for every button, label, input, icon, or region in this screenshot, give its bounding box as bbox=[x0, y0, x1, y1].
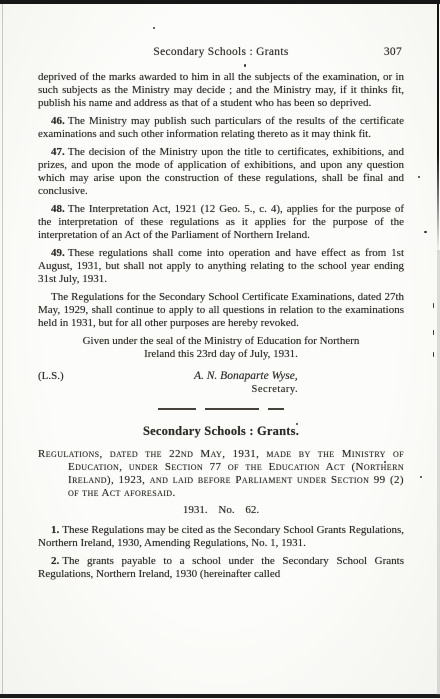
regulation-paragraph-48: 48.The Interpretation Act, 1921 (12 Geo.… bbox=[38, 203, 404, 242]
amending-paragraph-2: 2.The grants payable to a school under t… bbox=[38, 555, 404, 581]
regulation-paragraph-47: 47.The decision of the Ministry upon the… bbox=[38, 146, 404, 198]
divider-segment bbox=[205, 408, 259, 410]
section-divider bbox=[38, 408, 404, 410]
page-content: Secondary Schools : Grants 307 deprived … bbox=[0, 0, 440, 586]
page-number: 307 bbox=[384, 46, 402, 58]
paragraph-number: 49. bbox=[51, 247, 65, 259]
running-header: Secondary Schools : Grants 307 bbox=[38, 46, 404, 58]
paragraph-number: 1. bbox=[51, 524, 59, 536]
section-heading: Secondary Schools : Grants. bbox=[38, 424, 404, 439]
regulations-preamble: Regulations, dated the 22nd May, 1931, m… bbox=[68, 448, 404, 500]
paragraph-number: 2. bbox=[51, 555, 59, 567]
paragraph-text: The decision of the Ministry upon the ti… bbox=[38, 146, 404, 197]
running-header-title: Secondary Schools : Grants bbox=[153, 46, 288, 58]
paragraph-text: The grants payable to a school under the… bbox=[38, 555, 404, 580]
revocation-paragraph: The Regulations for the Secondary School… bbox=[38, 291, 404, 330]
regulation-paragraph-49: 49.These regulations shall come into ope… bbox=[38, 247, 404, 286]
paragraph-number: 46. bbox=[51, 115, 65, 127]
paragraph-text: These Regulations may be cited as the Se… bbox=[38, 524, 404, 549]
paragraph-number: 47. bbox=[51, 146, 65, 158]
paragraph-text: The Interpretation Act, 1921 (12 Geo. 5.… bbox=[38, 203, 404, 241]
divider-segment bbox=[158, 408, 196, 410]
seal-statement: Given under the seal of the Ministry of … bbox=[38, 335, 404, 361]
paragraph-text: The Ministry may publish such particular… bbox=[38, 115, 404, 140]
signature-block: (L.S.) A. N. Bonaparte Wyse, Secretary. bbox=[38, 370, 404, 396]
scan-border-bottom bbox=[0, 694, 440, 698]
seal-mark: (L.S.) bbox=[38, 370, 64, 396]
paragraph-number: 48. bbox=[51, 203, 65, 215]
instrument-number: 1931. No. 62. bbox=[38, 504, 404, 517]
divider-segment bbox=[268, 408, 284, 410]
signature-role: Secretary. bbox=[252, 383, 299, 396]
scanned-document-page: Secondary Schools : Grants 307 deprived … bbox=[0, 0, 440, 699]
amending-paragraph-1: 1.These Regulations may be cited as the … bbox=[38, 524, 404, 550]
paragraph-continuation: deprived of the marks awarded to him in … bbox=[38, 71, 404, 110]
regulation-paragraph-46: 46.The Ministry may publish such particu… bbox=[38, 115, 404, 141]
signature-name: A. N. Bonaparte Wyse, bbox=[194, 370, 299, 383]
paragraph-text: These regulations shall come into operat… bbox=[38, 247, 404, 285]
signature: A. N. Bonaparte Wyse, Secretary. bbox=[194, 370, 299, 396]
